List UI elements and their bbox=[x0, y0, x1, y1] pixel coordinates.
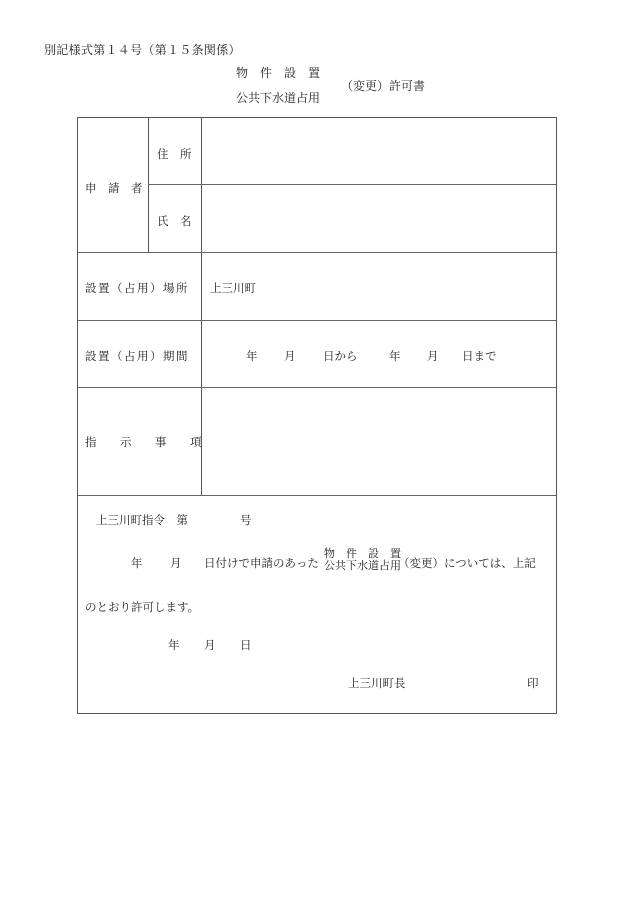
directive-prefix: 上三川町指令 第 bbox=[96, 512, 188, 528]
issuer: 上三川町長 bbox=[348, 675, 406, 691]
applicant-label: 申 請 者 bbox=[85, 180, 143, 196]
issue-day: 日 bbox=[240, 637, 252, 653]
issue-year: 年 bbox=[168, 637, 180, 653]
divider bbox=[78, 495, 556, 496]
seal-mark: 印 bbox=[527, 675, 539, 691]
address-field[interactable] bbox=[210, 146, 550, 166]
issue-month: 月 bbox=[204, 637, 216, 653]
period-to-month: 月 bbox=[427, 348, 439, 364]
date-year: 年 bbox=[131, 555, 143, 571]
period-from-year: 年 bbox=[246, 348, 258, 364]
divider bbox=[148, 184, 556, 185]
period-from-day: 日から bbox=[323, 348, 358, 364]
permit-form-table: 申 請 者 住 所 氏 名 設置（占用）場所 上三川町 設置（占用）期間 年 月… bbox=[77, 117, 557, 714]
title-line-2: 公共下水道占用 bbox=[236, 89, 320, 106]
date-day-text: 日付けで申請のあった bbox=[204, 555, 319, 571]
sentence-end: （変更）については、上記 bbox=[398, 555, 536, 571]
stack-bottom: 公共下水道占用 bbox=[324, 560, 401, 572]
divider bbox=[78, 320, 556, 321]
divider bbox=[78, 252, 556, 253]
divider bbox=[78, 387, 556, 388]
address-label: 住 所 bbox=[157, 146, 192, 162]
form-reference: 別記様式第１４号（第１５条関係） bbox=[44, 41, 241, 58]
period-from-month: 月 bbox=[284, 348, 296, 364]
name-label: 氏 名 bbox=[157, 213, 192, 229]
period-label: 設置（占用）期間 bbox=[85, 348, 189, 364]
title-line-1: 物 件 設 置 bbox=[236, 64, 320, 81]
name-field[interactable] bbox=[210, 213, 550, 233]
sentence-line-2: のとおり許可します。 bbox=[85, 599, 199, 615]
instructions-field[interactable] bbox=[210, 403, 550, 483]
stacked-permit-type: 物 件 設 置 公共下水道占用 bbox=[324, 548, 401, 572]
date-month: 月 bbox=[170, 555, 182, 571]
title-suffix: （変更）許可書 bbox=[341, 77, 425, 94]
location-field[interactable]: 上三川町 bbox=[210, 280, 256, 296]
divider bbox=[148, 118, 149, 253]
period-to-day: 日まで bbox=[462, 348, 497, 364]
location-label: 設置（占用）場所 bbox=[85, 280, 189, 296]
directive-suffix: 号 bbox=[240, 512, 252, 528]
period-to-year: 年 bbox=[389, 348, 401, 364]
instructions-label: 指 示 事 項 bbox=[85, 434, 208, 450]
